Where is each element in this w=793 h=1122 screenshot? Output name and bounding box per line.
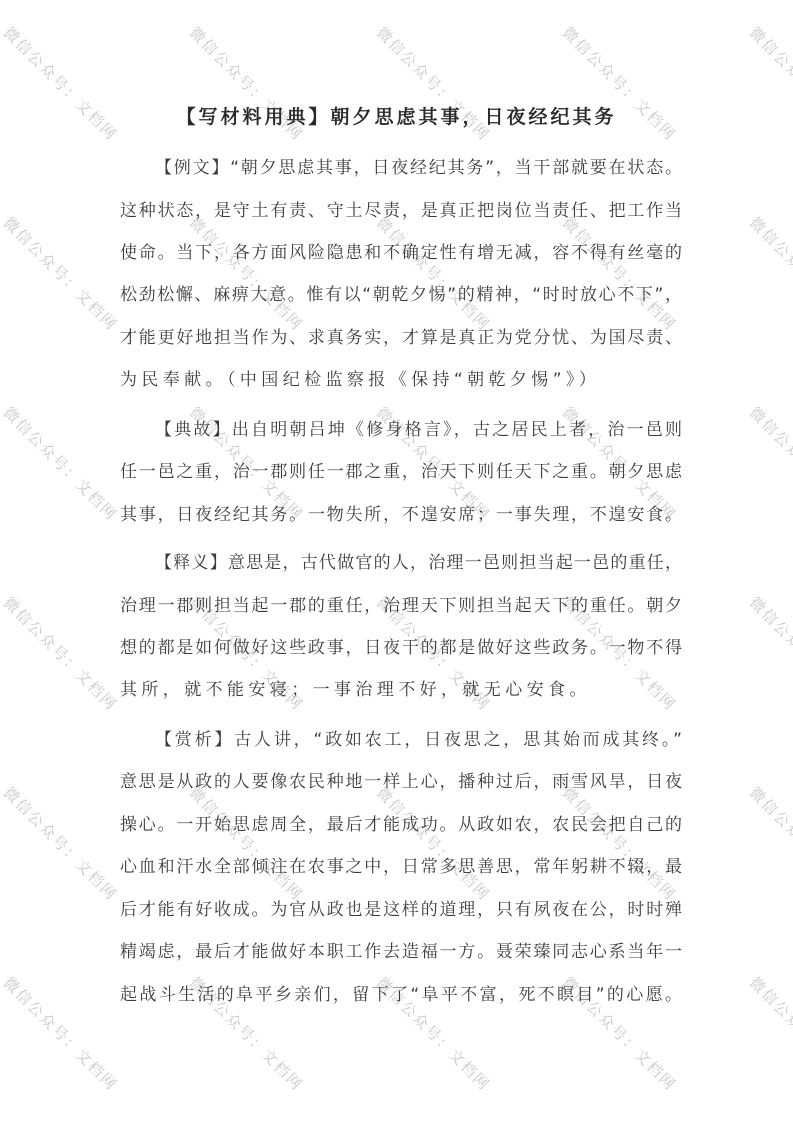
text-line: 【赏析】古人讲，“政如农工，日夜思之，思其始而成其终。” [155,727,682,753]
text-line: 操心。一开始思虑周全，最后才能成功。从政如农，农民会把自己的 [120,812,682,838]
text-line: 【典故】出自明朝吕坤《修身格言》，古之居民上者，治一邑则 [155,417,682,443]
document-title: 【写材料用典】朝夕思虑其事，日夜经纪其务 [0,103,793,131]
document-page: 微信公众号：文档网微信公众号：文档网微信公众号：文档网微信公众号：文档网微信公众… [0,0,793,1122]
text-line: 这种状态，是守土有责、守土尽责，是真正把岗位当责任、把工作当 [120,198,682,224]
text-line: 治理一郡则担当起一郡的重任，治理天下则担当起天下的重任。朝夕 [120,593,682,619]
text-line: 才能更好地担当作为、求真务实，才算是真正为党分忧、为国尽责、 [120,325,682,351]
text-line: 心血和汗水全部倾注在农事之中，日常多思善思，常年躬耕不辍，最 [120,854,682,880]
text-line: 松劲松懈、麻痹大意。惟有以“朝乾夕惕”的精神，“时时放心不下”， [120,282,682,308]
text-line: 使命。当下，各方面风险隐患和不确定性有增无减，容不得有丝毫的 [120,240,682,266]
text-line: 后才能有好收成。为官从政也是这样的道理，只有夙夜在公，时时殚 [120,897,682,923]
text-line: 其事，日夜经纪其务。一物失所，不遑安席；一事失理，不遑安食。 [120,502,682,528]
text-line: 为民奉献。（中国纪检监察报《保持“朝乾夕惕”》） [120,367,682,393]
text-line: 任一邑之重，治一郡则任一郡之重，治天下则任天下之重。朝夕思虑 [120,459,682,485]
text-line: 意思是从政的人要像农民种地一样上心，播种过后，雨雪风旱，日夜 [120,769,682,795]
text-line: 其所，就不能安寝；一事治理不好，就无心安食。 [120,677,682,703]
text-line: 想的都是如何做好这些政事，日夜干的都是做好这些政务。一物不得 [120,635,682,661]
text-line: 精竭虑，最后才能做好本职工作去造福一方。聂荣臻同志心系当年一 [120,939,682,965]
text-line: 【释义】意思是，古代做官的人，治理一邑则担当起一邑的重任， [155,550,682,576]
document-content: 【写材料用典】朝夕思虑其事，日夜经纪其务 【例文】“朝夕思虑其事，日夜经纪其务”… [0,0,793,1122]
text-line: 起战斗生活的阜平乡亲们，留下了“阜平不富，死不瞑目”的心愿。 [120,982,682,1008]
text-line: 【例文】“朝夕思虑其事，日夜经纪其务”，当干部就要在状态。 [155,155,682,181]
